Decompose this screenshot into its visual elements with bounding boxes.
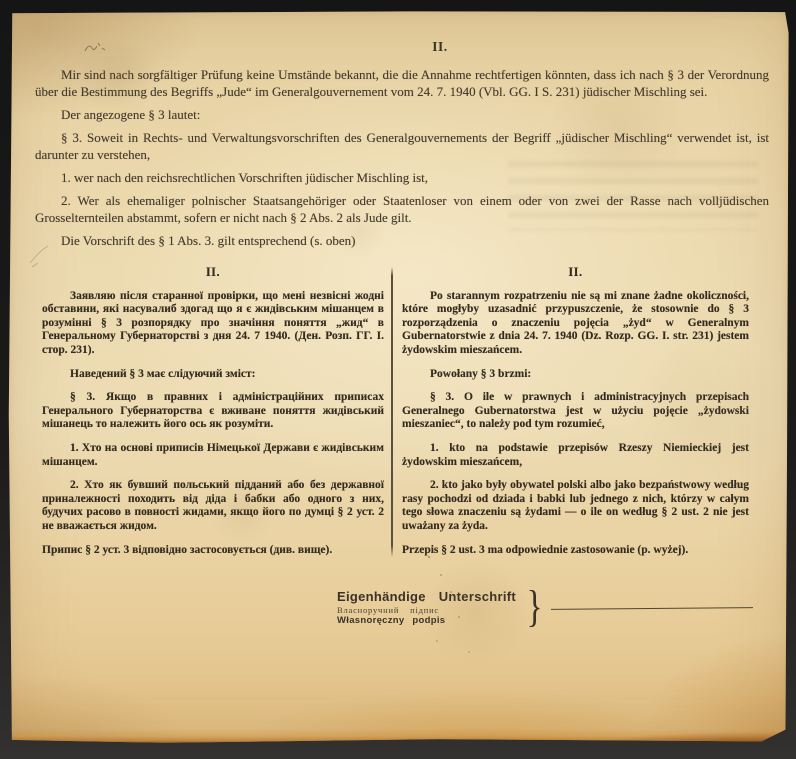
polish-section-heading: II.	[402, 266, 749, 280]
german-paragraph: Mir sind nach sorgfältiger Prüfung keine…	[35, 66, 769, 100]
signature-label-german: Eigenhändige Unterschrift	[337, 589, 516, 604]
german-section: II. Mir sind nach sorgfältiger Prüfung k…	[8, 11, 789, 249]
polish-paragraph: 1. kto na podstawie przepisów Rzeszy Nie…	[402, 442, 749, 469]
german-section-heading: II.	[73, 39, 796, 55]
column-ukrainian: II. Заявляю після старанної провірки, що…	[42, 264, 384, 557]
column-polish: II. Po starannym rozpatrzeniu nie są mi …	[402, 264, 749, 557]
ukrainian-paragraph: Припис § 2 уст. 3 відповідно застосовуєт…	[42, 544, 384, 558]
bilingual-columns: II. Заявляю після старанної провірки, що…	[8, 264, 789, 557]
polish-paragraph: § 3. O ile w prawnych i administracyjnyc…	[402, 391, 749, 432]
german-paragraph: 2. Wer als ehemaliger polnischer Staatsa…	[35, 192, 769, 226]
signature-brace: }	[527, 587, 543, 627]
ukrainian-paragraph: 2. Хто як бувший польський підданий або …	[42, 479, 384, 533]
ukrainian-paragraph: Наведений § 3 має слідуючий зміст:	[42, 368, 384, 382]
polish-paragraph: Powołany § 3 brzmi:	[402, 368, 749, 382]
polish-paragraph: Przepis § 2 ust. 3 ma odpowiednie zastos…	[402, 544, 749, 558]
document-scan: II. Mir sind nach sorgfältiger Prüfung k…	[0, 0, 796, 759]
ukrainian-paragraph: § 3. Якщо в правних і адміністраційних п…	[42, 391, 384, 432]
pencil-scribble	[28, 243, 50, 269]
german-paragraph: 1. wer nach den reichsrechtlichen Vorsch…	[35, 169, 769, 186]
paper-sheet: II. Mir sind nach sorgfältiger Prüfung k…	[8, 11, 789, 745]
signature-line	[551, 607, 753, 610]
signature-labels: Eigenhändige Unterschrift Власноручний п…	[337, 589, 516, 626]
polish-paragraph: Po starannym rozpatrzeniu nie są mi znan…	[402, 290, 749, 358]
signature-block: Eigenhändige Unterschrift Власноручний п…	[337, 587, 753, 627]
ukrainian-paragraph: Заявляю після старанної провірки, що мен…	[42, 290, 384, 358]
german-paragraph: § 3. Soweit in Rechts- und Verwaltungsvo…	[35, 129, 769, 163]
paper-specks	[428, 556, 430, 558]
ukrainian-paragraph: 1. Хто на основі приписів Німецької Держ…	[42, 442, 384, 469]
polish-paragraph: 2. kto jako były obywatel polski albo ja…	[402, 479, 749, 533]
ukrainian-section-heading: II.	[42, 266, 384, 280]
column-divider	[391, 267, 393, 557]
signature-label-ukrainian: Власноручний підпис	[337, 605, 516, 615]
german-paragraph: Die Vorschrift des § 1 Abs. 3. gilt ents…	[35, 232, 769, 249]
signature-label-polish: Własnoręczny podpis	[337, 615, 516, 626]
german-paragraph: Der angezogene § 3 lautet:	[35, 106, 769, 123]
